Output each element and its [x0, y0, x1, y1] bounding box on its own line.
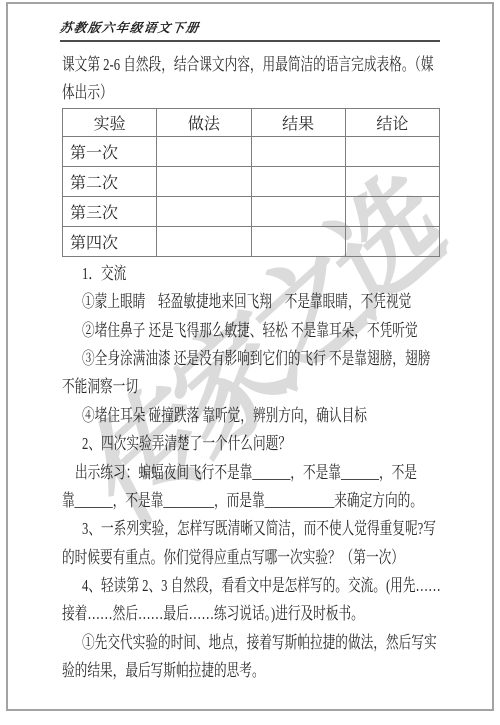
table-header-row: 实验做法结果结论 — [63, 108, 440, 136]
text-line: 靠______，不是靠________，而是靠___________来确定方向的… — [62, 487, 440, 515]
text-line: ②堵住鼻子 还是飞得那么敏捷、轻松 不是靠耳朵，不凭听觉 — [62, 317, 440, 345]
table-row-label: 第二次 — [63, 166, 157, 196]
table-header-cell: 结果 — [251, 108, 345, 136]
text-line-content: ④堵住耳朵 碰撞跌落 靠听觉，辨别方向，确认目标 — [82, 402, 367, 430]
text-line: ④堵住耳朵 碰撞跌落 靠听觉，辨别方向，确认目标 — [62, 402, 440, 430]
table-empty-cell — [157, 136, 251, 166]
table-empty-cell — [251, 166, 345, 196]
text-line-content: 3、一系列实验，怎样写既清晰又简洁，而不使人觉得重复呢?写 — [82, 515, 436, 543]
table-empty-cell — [345, 226, 439, 256]
text-line-content: 的时候要有重点。你们觉得应重点写哪一次实验？（第一次） — [62, 544, 404, 572]
table-empty-cell — [157, 166, 251, 196]
text-line-content: 接着……然后……最后……练习说话。)进行及时板书。 — [62, 600, 364, 628]
text-line: 接着……然后……最后……练习说话。)进行及时板书。 — [62, 600, 440, 628]
text-line: 2、四次实验弄清楚了一个什么问题？ — [62, 430, 440, 458]
text-line-content: 出示练习：蝙蝠夜间飞行不是靠______，不是靠______，不是 — [75, 459, 417, 487]
table-empty-cell — [157, 196, 251, 226]
text-line-content: 不能洞察一切 — [62, 373, 138, 401]
text-line-content: ①蒙上眼睛 轻盈敏捷地来回飞翔 不是靠眼睛，不凭视觉 — [82, 288, 411, 316]
table-empty-cell — [345, 196, 439, 226]
table-header-cell: 实验 — [63, 108, 157, 136]
document-page: 传家之选 苏教版六年级语文下册 课文第 2-6 自然段，结合课文内容，用最简洁的… — [6, 2, 494, 711]
text-line: 的时候要有重点。你们觉得应重点写哪一次实验？（第一次） — [62, 544, 440, 572]
text-line: 课文第 2-6 自然段，结合课文内容，用最简洁的语言完成表格。（媒 — [62, 51, 440, 79]
table-empty-cell — [345, 136, 439, 166]
table-empty-cell — [345, 166, 439, 196]
body-paragraphs: 1．交流①蒙上眼睛 轻盈敏捷地来回飞翔 不是靠眼睛，不凭视觉②堵住鼻子 还是飞得… — [62, 260, 440, 686]
table-empty-cell — [251, 196, 345, 226]
text-line-content: 1．交流 — [82, 260, 126, 288]
table-header-cell: 做法 — [157, 108, 251, 136]
text-line: ①蒙上眼睛 轻盈敏捷地来回飞翔 不是靠眼睛，不凭视觉 — [62, 288, 440, 316]
text-line: ①先交代实验的时间、地点，接着写斯帕拉捷的做法，然后写实 — [62, 629, 440, 657]
text-line: 验的结果，最后写斯帕拉捷的思考。 — [62, 657, 440, 685]
page-content: 课文第 2-6 自然段，结合课文内容，用最简洁的语言完成表格。（媒体出示） 实验… — [8, 42, 492, 686]
table-row-label: 第一次 — [63, 136, 157, 166]
table-row-label: 第四次 — [63, 226, 157, 256]
text-line: 4、轻读第 2、3 自然段，看看文中是怎样写的。交流。(用先…… — [62, 572, 440, 600]
table-empty-cell — [157, 226, 251, 256]
table-row: 第四次 — [63, 226, 440, 256]
header-title: 苏教版六年级语文下册 — [59, 18, 202, 36]
page-header: 苏教版六年级语文下册 — [60, 18, 440, 42]
table-empty-cell — [251, 136, 345, 166]
text-line-content: 体出示） — [62, 79, 113, 107]
text-line: ③全身涂满油漆 还是没有影响到它们的飞行 不是靠翅膀，翅膀 — [62, 345, 440, 373]
table-row-label: 第三次 — [63, 196, 157, 226]
text-line: 出示练习：蝙蝠夜间飞行不是靠______，不是靠______，不是 — [62, 459, 440, 487]
text-line-content: 课文第 2-6 自然段，结合课文内容，用最简洁的语言完成表格。（媒 — [62, 51, 434, 79]
text-line-content: ③全身涂满油漆 还是没有影响到它们的飞行 不是靠翅膀，翅膀 — [82, 345, 430, 373]
experiments-table: 实验做法结果结论第一次第二次第三次第四次 — [62, 108, 440, 257]
text-line: 体出示） — [62, 79, 440, 107]
table-row: 第二次 — [63, 166, 440, 196]
table-row: 第一次 — [63, 136, 440, 166]
text-line-content: 2、四次实验弄清楚了一个什么问题？ — [82, 430, 291, 458]
text-line: 不能洞察一切 — [62, 373, 440, 401]
text-line: 1．交流 — [62, 260, 440, 288]
text-line-content: ①先交代实验的时间、地点，接着写斯帕拉捷的做法，然后写实 — [82, 629, 437, 657]
text-line-content: 验的结果，最后写斯帕拉捷的思考。 — [62, 657, 265, 685]
text-line-content: 4、轻读第 2、3 自然段，看看文中是怎样写的。交流。(用先…… — [82, 572, 441, 600]
table-row: 第三次 — [63, 196, 440, 226]
intro-paragraph: 课文第 2-6 自然段，结合课文内容，用最简洁的语言完成表格。（媒体出示） — [62, 51, 440, 108]
text-line: 3、一系列实验，怎样写既清晰又简洁，而不使人觉得重复呢?写 — [62, 515, 440, 543]
text-line-content: ②堵住鼻子 还是飞得那么敏捷、轻松 不是靠耳朵，不凭听觉 — [82, 317, 418, 345]
table-header-cell: 结论 — [345, 108, 439, 136]
text-line-content: 靠______，不是靠________，而是靠___________来确定方向的… — [62, 487, 423, 515]
table-empty-cell — [251, 226, 345, 256]
